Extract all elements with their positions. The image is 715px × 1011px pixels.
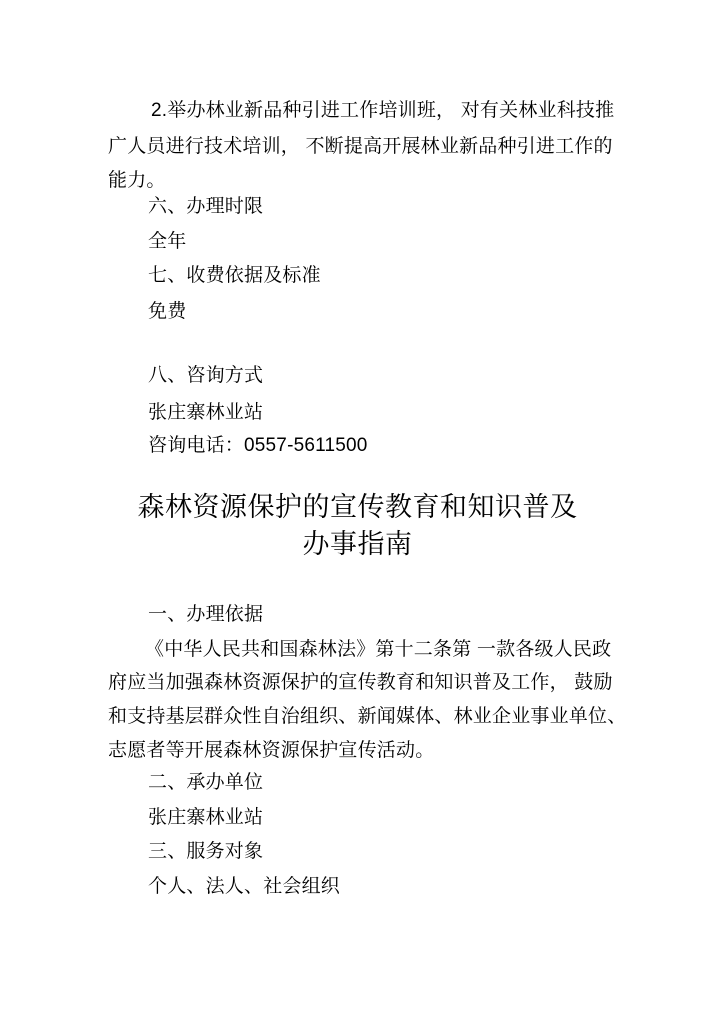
section-value-6: 全年 [148,231,186,254]
paragraph-training-line-1: 2.举办林业新品种引进工作培训班， 对有关林业科技推 [151,100,614,123]
section-value-7: 免费 [148,301,186,324]
section-value-3: 个人、法人、社会组织 [148,876,340,899]
page-title-line-2: 办事指南 [108,528,607,560]
paragraph-basis-line-2: 府应当加强森林资源保护的宣传教育和知识普及工作， 鼓励 [108,672,613,695]
section-heading-1: 一、办理依据 [148,604,263,627]
paragraph-training-line-3: 能力。 [108,170,166,193]
section-heading-2: 二、承办单位 [148,772,263,795]
paragraph-training-line-2: 广人员进行技术培训， 不断提高开展林业新品种引进工作的 [108,136,613,159]
section-heading-8: 八、咨询方式 [148,365,263,388]
page-title-line-1: 森林资源保护的宣传教育和知识普及 [108,491,607,523]
section-value-2: 张庄寨林业站 [148,807,263,830]
section-heading-3: 三、服务对象 [148,841,263,864]
paragraph-basis-line-1: 《中华人民共和国森林法》第十二条第 一款各级人民政 [145,639,611,662]
document-page: 2.举办林业新品种引进工作培训班， 对有关林业科技推 广人员进行技术培训， 不断… [0,0,715,1011]
paragraph-basis-line-4: 志愿者等开展森林资源保护宣传活动。 [108,740,434,763]
section-heading-6: 六、办理时限 [148,196,263,219]
section-unit-8: 张庄寨林业站 [148,402,263,425]
section-phone-8: 咨询电话：0557-5611500 [148,435,368,458]
section-heading-7: 七、收费依据及标准 [148,265,321,288]
paragraph-basis-line-3: 和支持基层群众性自治组织、新闻媒体、林业企业事业单位、 [108,706,626,729]
